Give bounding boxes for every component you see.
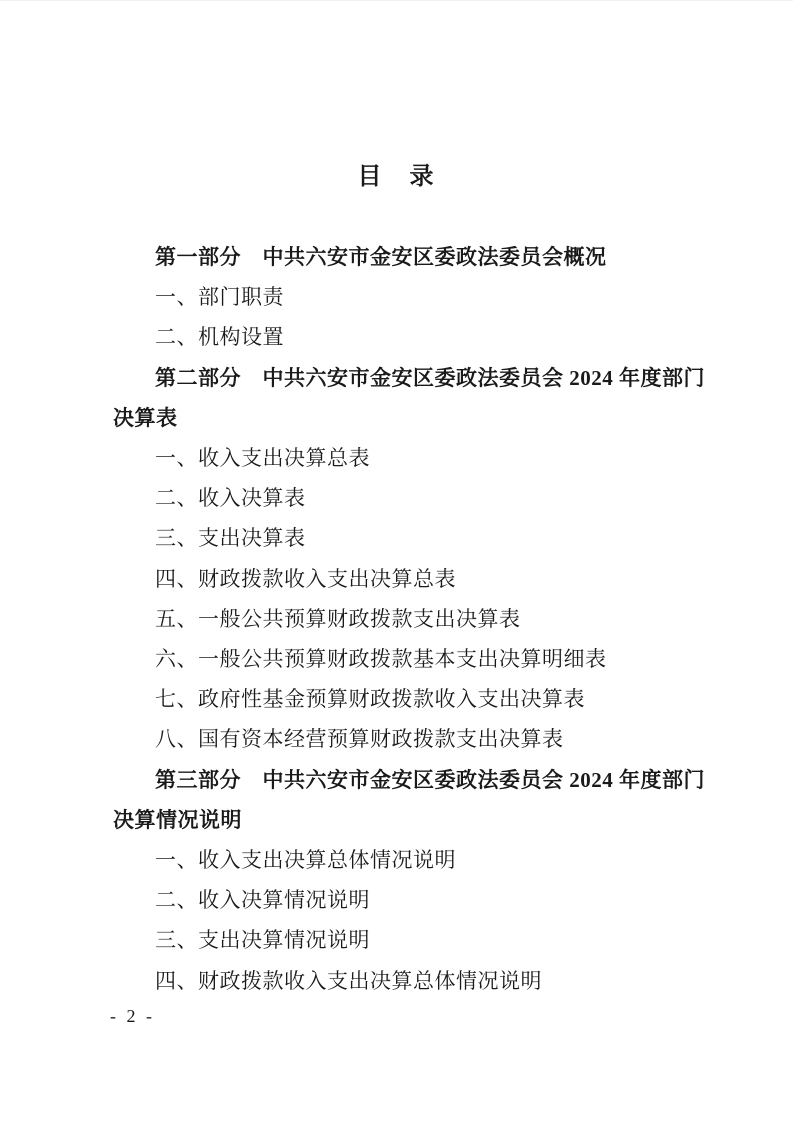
toc-item: 四、财政拨款收入支出决算总表 <box>113 559 680 599</box>
toc-section-3: 第三部分 中共六安市金安区委政法委员会 2024 年度部门 决算情况说明 一、收… <box>113 760 680 1001</box>
toc-item: 二、收入决算表 <box>113 478 680 518</box>
toc-item: 八、国有资本经营预算财政拨款支出决算表 <box>113 719 680 759</box>
toc-item: 六、一般公共预算财政拨款基本支出决算明细表 <box>113 639 680 679</box>
page-number: - 2 - <box>110 1004 155 1028</box>
toc-item: 七、政府性基金预算财政拨款收入支出决算表 <box>113 679 680 719</box>
table-of-contents: 第一部分 中共六安市金安区委政法委员会概况 一、部门职责 二、机构设置 第二部分… <box>113 237 680 1001</box>
toc-item: 二、收入决算情况说明 <box>113 880 680 920</box>
toc-section-1: 第一部分 中共六安市金安区委政法委员会概况 一、部门职责 二、机构设置 <box>113 237 680 358</box>
toc-item: 一、收入支出决算总体情况说明 <box>113 840 680 880</box>
toc-item: 一、收入支出决算总表 <box>113 438 680 478</box>
toc-item: 二、机构设置 <box>113 317 680 357</box>
toc-item: 三、支出决算表 <box>113 518 680 558</box>
toc-section-heading: 第二部分 中共六安市金安区委政法委员会 2024 年度部门 <box>113 358 680 398</box>
toc-section-heading-continuation: 决算情况说明 <box>113 800 680 840</box>
toc-section-heading-continuation: 决算表 <box>113 398 680 438</box>
toc-item: 五、一般公共预算财政拨款支出决算表 <box>113 599 680 639</box>
toc-item: 三、支出决算情况说明 <box>113 920 680 960</box>
toc-item: 四、财政拨款收入支出决算总体情况说明 <box>113 961 680 1001</box>
page-title: 目 录 <box>113 157 680 197</box>
document-page: 目 录 第一部分 中共六安市金安区委政法委员会概况 一、部门职责 二、机构设置 … <box>0 0 793 1122</box>
toc-section-heading: 第三部分 中共六安市金安区委政法委员会 2024 年度部门 <box>113 760 680 800</box>
page-content: 目 录 第一部分 中共六安市金安区委政法委员会概况 一、部门职责 二、机构设置 … <box>113 1 680 1001</box>
toc-section-2: 第二部分 中共六安市金安区委政法委员会 2024 年度部门 决算表 一、收入支出… <box>113 358 680 760</box>
toc-item: 一、部门职责 <box>113 277 680 317</box>
toc-section-heading: 第一部分 中共六安市金安区委政法委员会概况 <box>113 237 680 277</box>
